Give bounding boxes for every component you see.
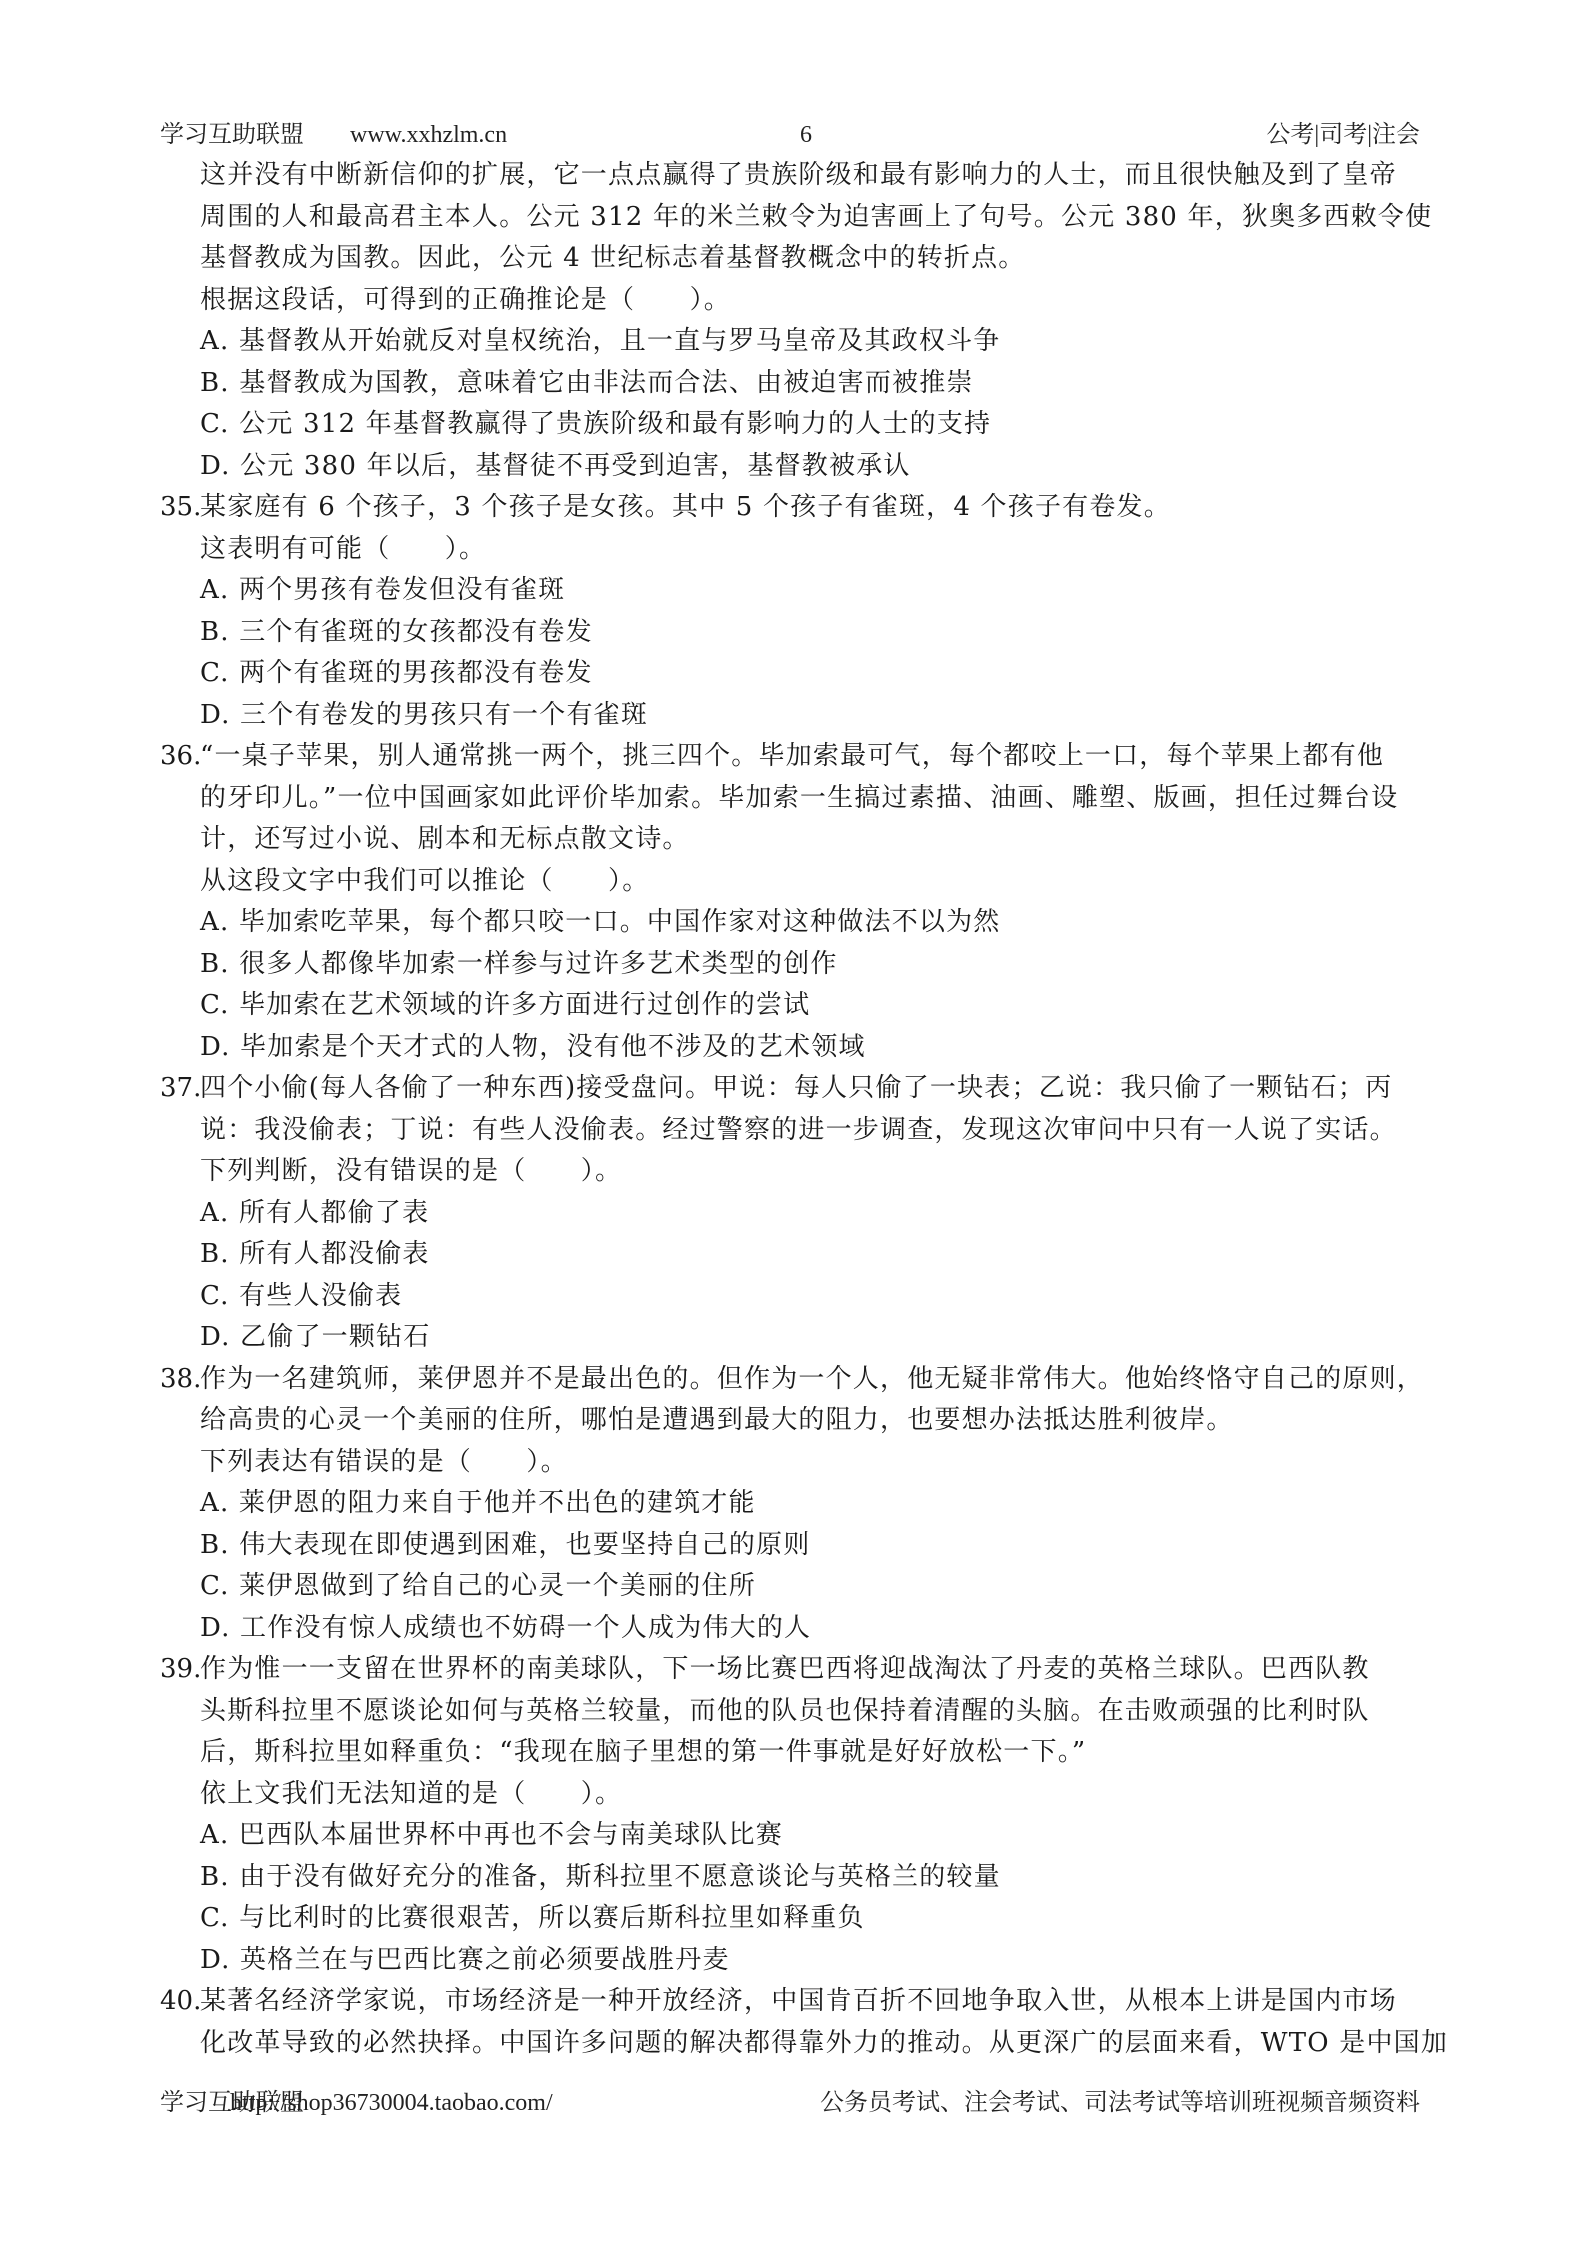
question-number: 39. [160, 1649, 200, 1691]
question-number: 38. [160, 1359, 200, 1401]
option-c: C. 与比利时的比赛很艰苦，所以赛后斯科拉里如释重负 [160, 1898, 1445, 1940]
question-35: 35.某家庭有 6 个孩子，3 个孩子是女孩。其中 5 个孩子有雀斑，4 个孩子… [160, 487, 1445, 736]
question-prompt: 依上文我们无法知道的是（ ）。 [160, 1774, 1445, 1816]
option-d: D. 乙偷了一颗钻石 [160, 1317, 1445, 1359]
footer-shop-url: http://shop36730004.taobao.com/ [230, 2086, 553, 2120]
header-site-url: www.xxhzlm.cn [350, 118, 507, 152]
option-c: C. 毕加索在艺术领域的许多方面进行过创作的尝试 [160, 985, 1445, 1027]
question-prompt: 下列判断，没有错误的是（ ）。 [160, 1151, 1445, 1193]
question-stem-line: 38.作为一名建筑师，莱伊恩并不是最出色的。但作为一个人，他无疑非常伟大。他始终… [160, 1359, 1445, 1401]
question-38: 38.作为一名建筑师，莱伊恩并不是最出色的。但作为一个人，他无疑非常伟大。他始终… [160, 1359, 1445, 1650]
option-b: B. 基督教成为国教，意味着它由非法而合法、由被迫害而被推崇 [160, 363, 1445, 405]
question-stem-line: 计，还写过小说、剧本和无标点散文诗。 [160, 819, 1445, 861]
question-36: 36.“一桌子苹果，别人通常挑一两个，挑三四个。毕加索最可气，每个都咬上一口，每… [160, 736, 1445, 1068]
question-stem-line: 头斯科拉里不愿谈论如何与英格兰较量，而他的队员也保持着清醒的头脑。在击败顽强的比… [160, 1691, 1445, 1733]
header-tags: 公考|司考|注会 [1266, 118, 1420, 152]
option-d: D. 英格兰在与巴西比赛之前必须要战胜丹麦 [160, 1940, 1445, 1982]
option-d: D. 三个有卷发的男孩只有一个有雀斑 [160, 695, 1445, 737]
question-39: 39.作为惟一一支留在世界杯的南美球队，下一场比赛巴西将迎战淘汰了丹麦的英格兰球… [160, 1649, 1445, 1981]
option-c: C. 有些人没偷表 [160, 1276, 1445, 1318]
question-prompt: 下列表达有错误的是（ ）。 [160, 1442, 1445, 1484]
question-number: 37. [160, 1068, 200, 1110]
option-b: B. 三个有雀斑的女孩都没有卷发 [160, 612, 1445, 654]
question-stem-line: 的牙印儿。”一位中国画家如此评价毕加索。毕加索一生搞过素描、油画、雕塑、版画，担… [160, 778, 1445, 820]
question-prompt: 从这段文字中我们可以推论（ ）。 [160, 861, 1445, 903]
option-c: C. 两个有雀斑的男孩都没有卷发 [160, 653, 1445, 695]
question-stem: 作为一名建筑师，莱伊恩并不是最出色的。但作为一个人，他无疑非常伟大。他始终恪守自… [200, 1364, 1424, 1394]
question-prompt: 这表明有可能（ ）。 [160, 529, 1445, 571]
option-a: A. 基督教从开始就反对皇权统治，且一直与罗马皇帝及其政权斗争 [160, 321, 1445, 363]
question-prompt: 根据这段话，可得到的正确推论是（ ）。 [160, 280, 1445, 322]
option-d: D. 工作没有惊人成绩也不妨碍一个人成为伟大的人 [160, 1608, 1445, 1650]
question-stem-line: 40.某著名经济学家说，市场经济是一种开放经济，中国肯百折不回地争取入世，从根本… [160, 1981, 1445, 2023]
option-d: D. 公元 380 年以后，基督徒不再受到迫害，基督教被承认 [160, 446, 1445, 488]
option-c: C. 公元 312 年基督教赢得了贵族阶级和最有影响力的人士的支持 [160, 404, 1445, 446]
passage-line: 基督教成为国教。因此，公元 4 世纪标志着基督教概念中的转折点。 [160, 238, 1445, 280]
page-content: 这并没有中断新信仰的扩展，它一点点赢得了贵族阶级和最有影响力的人士，而且很快触及… [160, 155, 1445, 2064]
question-stem: 某家庭有 6 个孩子，3 个孩子是女孩。其中 5 个孩子有雀斑，4 个孩子有卷发… [200, 492, 1171, 522]
option-a: A. 两个男孩有卷发但没有雀斑 [160, 570, 1445, 612]
question-stem-line: 36.“一桌子苹果，别人通常挑一两个，挑三四个。毕加索最可气，每个都咬上一口，每… [160, 736, 1445, 778]
option-d: D. 毕加索是个天才式的人物，没有他不涉及的艺术领域 [160, 1027, 1445, 1069]
question-stem-line: 39.作为惟一一支留在世界杯的南美球队，下一场比赛巴西将迎战淘汰了丹麦的英格兰球… [160, 1649, 1445, 1691]
question-stem-line: 说：我没偷表；丁说：有些人没偷表。经过警察的进一步调查，发现这次审问中只有一人说… [160, 1110, 1445, 1152]
question-stem: “一桌子苹果，别人通常挑一两个，挑三四个。毕加索最可气，每个都咬上一口，每个苹果… [200, 741, 1384, 771]
question-stem: 四个小偷(每人各偷了一种东西)接受盘问。甲说：每人只偷了一块表；乙说：我只偷了一… [200, 1073, 1392, 1103]
option-b: B. 很多人都像毕加索一样参与过许多艺术类型的创作 [160, 944, 1445, 986]
question-stem-line: 给高贵的心灵一个美丽的住所，哪怕是遭遇到最大的阻力，也要想办法抵达胜利彼岸。 [160, 1400, 1445, 1442]
option-b: B. 伟大表现在即使遇到困难，也要坚持自己的原则 [160, 1525, 1445, 1567]
header-brand: 学习互助联盟 [160, 118, 304, 152]
footer-slogan: 公务员考试、注会考试、司法考试等培训班视频音频资料 [820, 2086, 1420, 2120]
option-c: C. 莱伊恩做到了给自己的心灵一个美丽的住所 [160, 1566, 1445, 1608]
question-number: 40. [160, 1981, 200, 2023]
question-stem-line: 化改革导致的必然抉择。中国许多问题的解决都得靠外力的推动。从更深广的层面来看，W… [160, 2023, 1445, 2065]
passage-line: 周围的人和最高君主本人。公元 312 年的米兰敕令为迫害画上了句号。公元 380… [160, 197, 1445, 239]
option-b: B. 由于没有做好充分的准备，斯科拉里不愿意谈论与英格兰的较量 [160, 1857, 1445, 1899]
question-40: 40.某著名经济学家说，市场经济是一种开放经济，中国肯百折不回地争取入世，从根本… [160, 1981, 1445, 2064]
question-stem-line: 35.某家庭有 6 个孩子，3 个孩子是女孩。其中 5 个孩子有雀斑，4 个孩子… [160, 487, 1445, 529]
option-a: A. 莱伊恩的阻力来自于他并不出色的建筑才能 [160, 1483, 1445, 1525]
question-stem-line: 37.四个小偷(每人各偷了一种东西)接受盘问。甲说：每人只偷了一块表；乙说：我只… [160, 1068, 1445, 1110]
question-37: 37.四个小偷(每人各偷了一种东西)接受盘问。甲说：每人只偷了一块表；乙说：我只… [160, 1068, 1445, 1359]
passage-line: 这并没有中断新信仰的扩展，它一点点赢得了贵族阶级和最有影响力的人士，而且很快触及… [160, 155, 1445, 197]
question-number: 35. [160, 487, 200, 529]
question-34-continuation: 这并没有中断新信仰的扩展，它一点点赢得了贵族阶级和最有影响力的人士，而且很快触及… [160, 155, 1445, 487]
page-header: 学习互助联盟 www.xxhzlm.cn 6 公考|司考|注会 [160, 118, 1420, 152]
question-stem: 某著名经济学家说，市场经济是一种开放经济，中国肯百折不回地争取入世，从根本上讲是… [200, 1986, 1397, 2016]
page-footer: 学习互助联盟 http://shop36730004.taobao.com/ 公… [160, 2086, 1420, 2120]
option-a: A. 所有人都偷了表 [160, 1193, 1445, 1235]
question-number: 36. [160, 736, 200, 778]
question-stem-line: 后，斯科拉里如释重负：“我现在脑子里想的第一件事就是好好放松一下。” [160, 1732, 1445, 1774]
option-a: A. 毕加索吃苹果，每个都只咬一口。中国作家对这种做法不以为然 [160, 902, 1445, 944]
page-number: 6 [800, 118, 812, 152]
option-a: A. 巴西队本届世界杯中再也不会与南美球队比赛 [160, 1815, 1445, 1857]
option-b: B. 所有人都没偷表 [160, 1234, 1445, 1276]
question-stem: 作为惟一一支留在世界杯的南美球队，下一场比赛巴西将迎战淘汰了丹麦的英格兰球队。巴… [200, 1654, 1370, 1684]
